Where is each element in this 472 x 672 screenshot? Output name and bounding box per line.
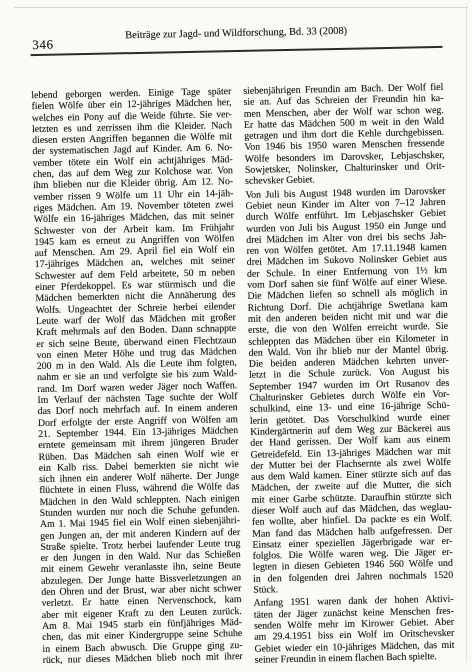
page-number: 346 [32, 37, 54, 53]
column-left: lebend geborgen werden. Einige Tage spät… [31, 86, 243, 670]
page-header: 346 Beiträge zur Jagd- und Wildforschung… [30, 22, 442, 54]
text-columns: lebend geborgen werden. Einige Tage spät… [31, 82, 455, 670]
scan-edge-right-artifact [466, 3, 467, 662]
scan-edge-top-artifact [14, 7, 468, 8]
page-content: 346 Beiträge zur Jagd- und Wildforschung… [30, 22, 455, 670]
column-right: siebenjährigen Freundin am Bach. Der Wol… [243, 82, 455, 666]
running-title: Beiträge zur Jagd- und Wildforschung, Bd… [125, 26, 347, 41]
